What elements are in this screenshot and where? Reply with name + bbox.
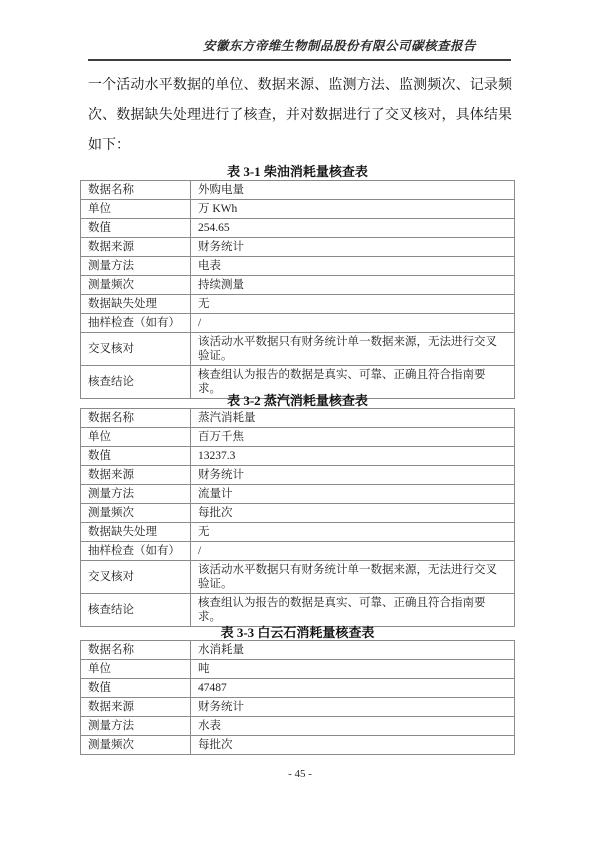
row-value: 外购电量: [191, 181, 515, 200]
table-caption-dolomite: 表 3-3 白云石消耗量核查表: [80, 622, 515, 641]
table-row: 测量方法水表: [81, 717, 515, 736]
row-value: 每批次: [191, 504, 515, 523]
row-value: 蒸汽消耗量: [191, 409, 515, 428]
table-row: 交叉核对该活动水平数据只有财务统计单一数据来源，无法进行交叉验证。: [81, 561, 515, 594]
table-row: 单位万 KWh: [81, 200, 515, 219]
table-row: 测量频次每批次: [81, 736, 515, 755]
row-label: 抽样检查（如有）: [81, 542, 191, 561]
table-row: 单位吨: [81, 660, 515, 679]
row-label: 交叉核对: [81, 333, 191, 366]
row-label: 数据缺失处理: [81, 523, 191, 542]
table-row: 抽样检查（如有）/: [81, 542, 515, 561]
page-number: - 45 -: [0, 768, 600, 780]
row-value: 百万千焦: [191, 428, 515, 447]
row-value: 该活动水平数据只有财务统计单一数据来源，无法进行交叉验证。: [191, 333, 515, 366]
table-row: 测量频次持续测量: [81, 276, 515, 295]
body-paragraph: 一个活动水平数据的单位、数据来源、监测方法、监测频次、记录频 次、数据缺失处理进…: [88, 71, 512, 161]
table-row: 数值47487: [81, 679, 515, 698]
verification-table-dolomite: 数据名称水消耗量单位吨数值47487数据来源财务统计测量方法水表测量频次每批次: [80, 640, 515, 755]
table-row: 数据缺失处理无: [81, 523, 515, 542]
row-value: /: [191, 542, 515, 561]
row-label: 单位: [81, 200, 191, 219]
row-value: 该活动水平数据只有财务统计单一数据来源，无法进行交叉验证。: [191, 561, 515, 594]
header-rule: [88, 59, 511, 61]
table-body: 数据名称水消耗量单位吨数值47487数据来源财务统计测量方法水表测量频次每批次: [81, 641, 515, 755]
paragraph-line: 一个活动水平数据的单位、数据来源、监测方法、监测频次、记录频: [88, 71, 512, 101]
document-page: 安徽东方帝维生物制品股份有限公司碳核查报告 一个活动水平数据的单位、数据来源、监…: [0, 0, 600, 848]
row-value: 财务统计: [191, 466, 515, 485]
row-label: 数值: [81, 679, 191, 698]
row-value: 吨: [191, 660, 515, 679]
report-header-title: 安徽东方帝维生物制品股份有限公司碳核查报告: [128, 36, 551, 54]
row-label: 数据名称: [81, 409, 191, 428]
table-row: 数值254.65: [81, 219, 515, 238]
row-label: 测量方法: [81, 257, 191, 276]
row-value: 无: [191, 295, 515, 314]
row-label: 交叉核对: [81, 561, 191, 594]
row-value: 每批次: [191, 736, 515, 755]
row-label: 单位: [81, 660, 191, 679]
row-value: 电表: [191, 257, 515, 276]
table-row: 数据名称蒸汽消耗量: [81, 409, 515, 428]
row-label: 测量方法: [81, 485, 191, 504]
row-value: 流量计: [191, 485, 515, 504]
row-label: 数值: [81, 447, 191, 466]
row-value: 无: [191, 523, 515, 542]
row-value: 47487: [191, 679, 515, 698]
row-label: 数值: [81, 219, 191, 238]
table-body: 数据名称蒸汽消耗量单位百万千焦数值13237.3数据来源财务统计测量方法流量计测…: [81, 409, 515, 627]
row-label: 数据名称: [81, 181, 191, 200]
table-row: 数据来源财务统计: [81, 238, 515, 257]
row-label: 测量方法: [81, 717, 191, 736]
table-caption-diesel: 表 3-1 柴油消耗量核查表: [80, 161, 515, 180]
row-value: 持续测量: [191, 276, 515, 295]
row-label: 数据来源: [81, 238, 191, 257]
table-row: 数据名称水消耗量: [81, 641, 515, 660]
row-label: 测量频次: [81, 504, 191, 523]
table-row: 测量频次每批次: [81, 504, 515, 523]
table-row: 数值13237.3: [81, 447, 515, 466]
paragraph-line: 次、数据缺失处理进行了核查，并对数据进行了交叉核对，具体结果: [88, 101, 512, 131]
row-label: 数据来源: [81, 466, 191, 485]
row-value: 13237.3: [191, 447, 515, 466]
row-label: 单位: [81, 428, 191, 447]
table-row: 单位百万千焦: [81, 428, 515, 447]
row-label: 数据缺失处理: [81, 295, 191, 314]
table-row: 交叉核对该活动水平数据只有财务统计单一数据来源，无法进行交叉验证。: [81, 333, 515, 366]
row-value: /: [191, 314, 515, 333]
row-value: 万 KWh: [191, 200, 515, 219]
table-caption-steam: 表 3-2 蒸汽消耗量核查表: [80, 390, 515, 409]
table-row: 测量方法流量计: [81, 485, 515, 504]
row-value: 254.65: [191, 219, 515, 238]
row-label: 测量频次: [81, 736, 191, 755]
row-value: 水表: [191, 717, 515, 736]
verification-table-diesel: 数据名称外购电量单位万 KWh数值254.65数据来源财务统计测量方法电表测量频…: [80, 180, 515, 399]
table-row: 测量方法电表: [81, 257, 515, 276]
row-value: 财务统计: [191, 698, 515, 717]
row-label: 抽样检查（如有）: [81, 314, 191, 333]
row-label: 数据来源: [81, 698, 191, 717]
table-row: 数据来源财务统计: [81, 466, 515, 485]
table-row: 抽样检查（如有）/: [81, 314, 515, 333]
paragraph-line: 如下：: [88, 131, 512, 161]
row-value: 财务统计: [191, 238, 515, 257]
table-row: 数据来源财务统计: [81, 698, 515, 717]
row-label: 测量频次: [81, 276, 191, 295]
table-body: 数据名称外购电量单位万 KWh数值254.65数据来源财务统计测量方法电表测量频…: [81, 181, 515, 399]
table-row: 数据缺失处理无: [81, 295, 515, 314]
verification-table-steam: 数据名称蒸汽消耗量单位百万千焦数值13237.3数据来源财务统计测量方法流量计测…: [80, 408, 515, 627]
table-row: 数据名称外购电量: [81, 181, 515, 200]
row-label: 数据名称: [81, 641, 191, 660]
row-value: 水消耗量: [191, 641, 515, 660]
